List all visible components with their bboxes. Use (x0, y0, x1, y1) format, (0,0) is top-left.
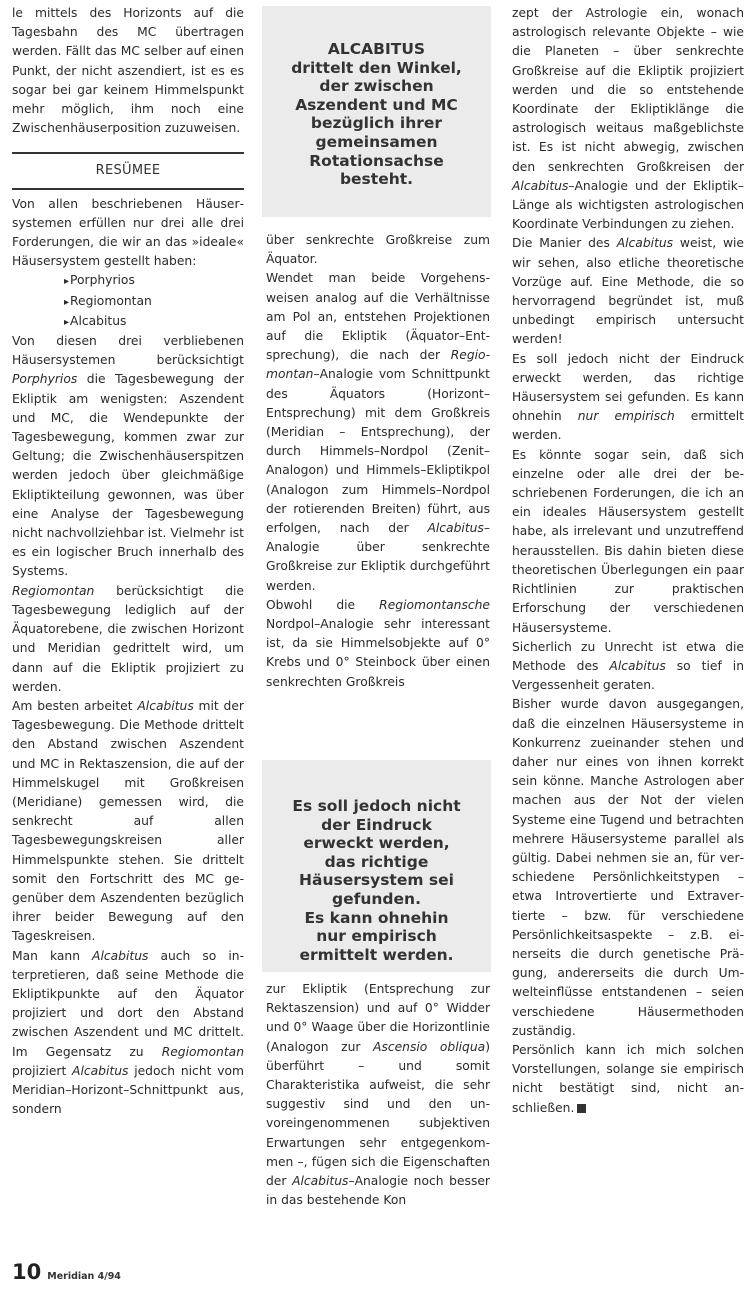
paragraph: Wendet man beide Vorgehens­weisen analog… (266, 269, 490, 595)
section-heading: RESÜMEE (12, 154, 244, 187)
paragraph: Regiomontan berücksichtigt die Tagesbewe… (12, 582, 244, 697)
paragraph: Es soll jedoch nicht der Eindruck erweck… (512, 350, 744, 446)
column-1: le mittels des Horizonts auf die Tagesba… (12, 4, 244, 1119)
list-item: Porphyrios (64, 271, 244, 291)
paragraph: Bisher wurde davon ausgegan­gen, daß die… (512, 695, 744, 1041)
column-2-upper: über senkrechte Großkreise zum Äquator. … (266, 231, 490, 692)
paragraph: Sicherlich zu Unrecht ist etwa die Metho… (512, 638, 744, 696)
paragraph: Von diesen drei verbliebenen Häusersyste… (12, 332, 244, 582)
paragraph: le mittels des Horizonts auf die Tagesba… (12, 4, 244, 138)
paragraph: zept der Astrologie ein, wonach astrolog… (512, 4, 744, 234)
column-2-lower: zur Ekliptik (Entsprechung zur Rektaszen… (266, 980, 490, 1210)
paragraph: Es könnte sogar sein, daß sich einzelne … (512, 446, 744, 638)
end-of-article-square-icon (577, 1104, 586, 1113)
pull-quote: ALCABITUS drittelt den Winkel, der zwisc… (262, 6, 491, 217)
paragraph: Persönlich kann ich mich solchen Vorstel… (512, 1041, 744, 1118)
magazine-issue: Meridian 4/94 (47, 1271, 121, 1282)
house-system-list: Porphyrios Regiomontan Alcabitus (12, 271, 244, 332)
paragraph: Man kann Alcabitus auch so in­terpretier… (12, 947, 244, 1120)
page-footer: 10 Meridian 4/94 (12, 1260, 121, 1284)
page-number: 10 (12, 1260, 41, 1284)
pull-quote: Es soll jedoch nicht der Eindruck erweck… (262, 760, 491, 972)
paragraph: Am besten arbeitet Alcabitus mit der Tag… (12, 697, 244, 947)
paragraph: Obwohl die Regiomontansche Nordpol–Analo… (266, 596, 490, 692)
paragraph: Von allen beschriebenen Häuser­systemen … (12, 195, 244, 272)
paragraph: über senkrechte Großkreise zum Äquator. (266, 231, 490, 269)
list-item: Alcabitus (64, 312, 244, 332)
paragraph: zur Ekliptik (Entsprechung zur Rektaszen… (266, 980, 490, 1210)
divider (12, 188, 244, 190)
list-item: Regiomontan (64, 292, 244, 312)
column-3: zept der Astrologie ein, wonach astrolog… (512, 4, 744, 1118)
paragraph: Die Manier des Alcabitus weist, wie wir … (512, 234, 744, 349)
